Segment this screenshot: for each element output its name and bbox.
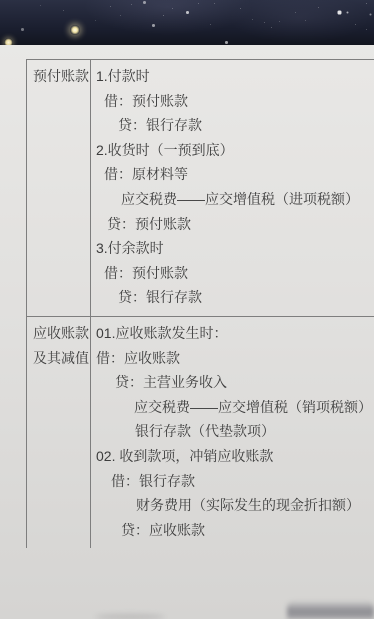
entry-line: 贷：主营业务收入 — [96, 370, 374, 395]
entry-line: 银行存款（代垫款项） — [96, 419, 374, 444]
entry-line: 2.收货时（一预到底） — [96, 138, 374, 163]
watermark-smudge — [287, 601, 374, 619]
entry-line: 1.付款时 — [96, 64, 374, 89]
table-row: 预付账款1.付款时借：预付账款贷：银行存款2.收货时（一预到底）借：原材料等应交… — [27, 60, 374, 316]
row-content: 1.付款时借：预付账款贷：银行存款2.收货时（一预到底）借：原材料等应交税费——… — [91, 60, 374, 316]
entry-line: 应交税费——应交增值税（销项税额） — [96, 395, 374, 420]
entry-line: 贷：银行存款 — [96, 285, 374, 310]
accounting-entries-table: 预付账款1.付款时借：预付账款贷：银行存款2.收货时（一预到底）借：原材料等应交… — [26, 59, 374, 548]
bright-star-icon — [70, 25, 80, 35]
table-row: 应收账款及其减值01.应收账款发生时：借：应收账款贷：主营业务收入应交税费——应… — [27, 316, 374, 548]
night-sky-banner — [0, 0, 374, 45]
entry-line: 01.应收账款发生时： — [96, 321, 374, 346]
row-header-label: 应收账款 — [33, 321, 90, 346]
stars-decoration — [0, 0, 1, 1]
entry-line: 财务费用（实际发生的现金折扣额） — [96, 493, 374, 518]
entry-line: 3.付余款时 — [96, 236, 374, 261]
entry-line: 贷：银行存款 — [96, 113, 374, 138]
entry-line: 借：预付账款 — [96, 89, 374, 114]
entry-line: 借：原材料等 — [96, 162, 374, 187]
entry-line: 借：银行存款 — [96, 469, 374, 494]
corner-star-icon — [4, 38, 13, 45]
entry-line: 02. 收到款项，冲销应收账款 — [96, 444, 374, 469]
row-content: 01.应收账款发生时：借：应收账款贷：主营业务收入应交税费——应交增值税（销项税… — [91, 317, 374, 548]
entry-line: 借：预付账款 — [96, 261, 374, 286]
row-header-label: 预付账款 — [33, 64, 90, 89]
entry-line: 应交税费——应交增值税（进项税额） — [96, 187, 374, 212]
entry-line: 贷：预付账款 — [96, 212, 374, 237]
row-header: 预付账款 — [27, 60, 91, 316]
row-header: 应收账款及其减值 — [27, 317, 91, 548]
entry-line: 借：应收账款 — [96, 346, 374, 371]
entry-line: 贷：应收账款 — [96, 518, 374, 543]
bottom-shadow-decoration — [95, 614, 165, 619]
row-header-label: 及其减值 — [33, 346, 90, 371]
